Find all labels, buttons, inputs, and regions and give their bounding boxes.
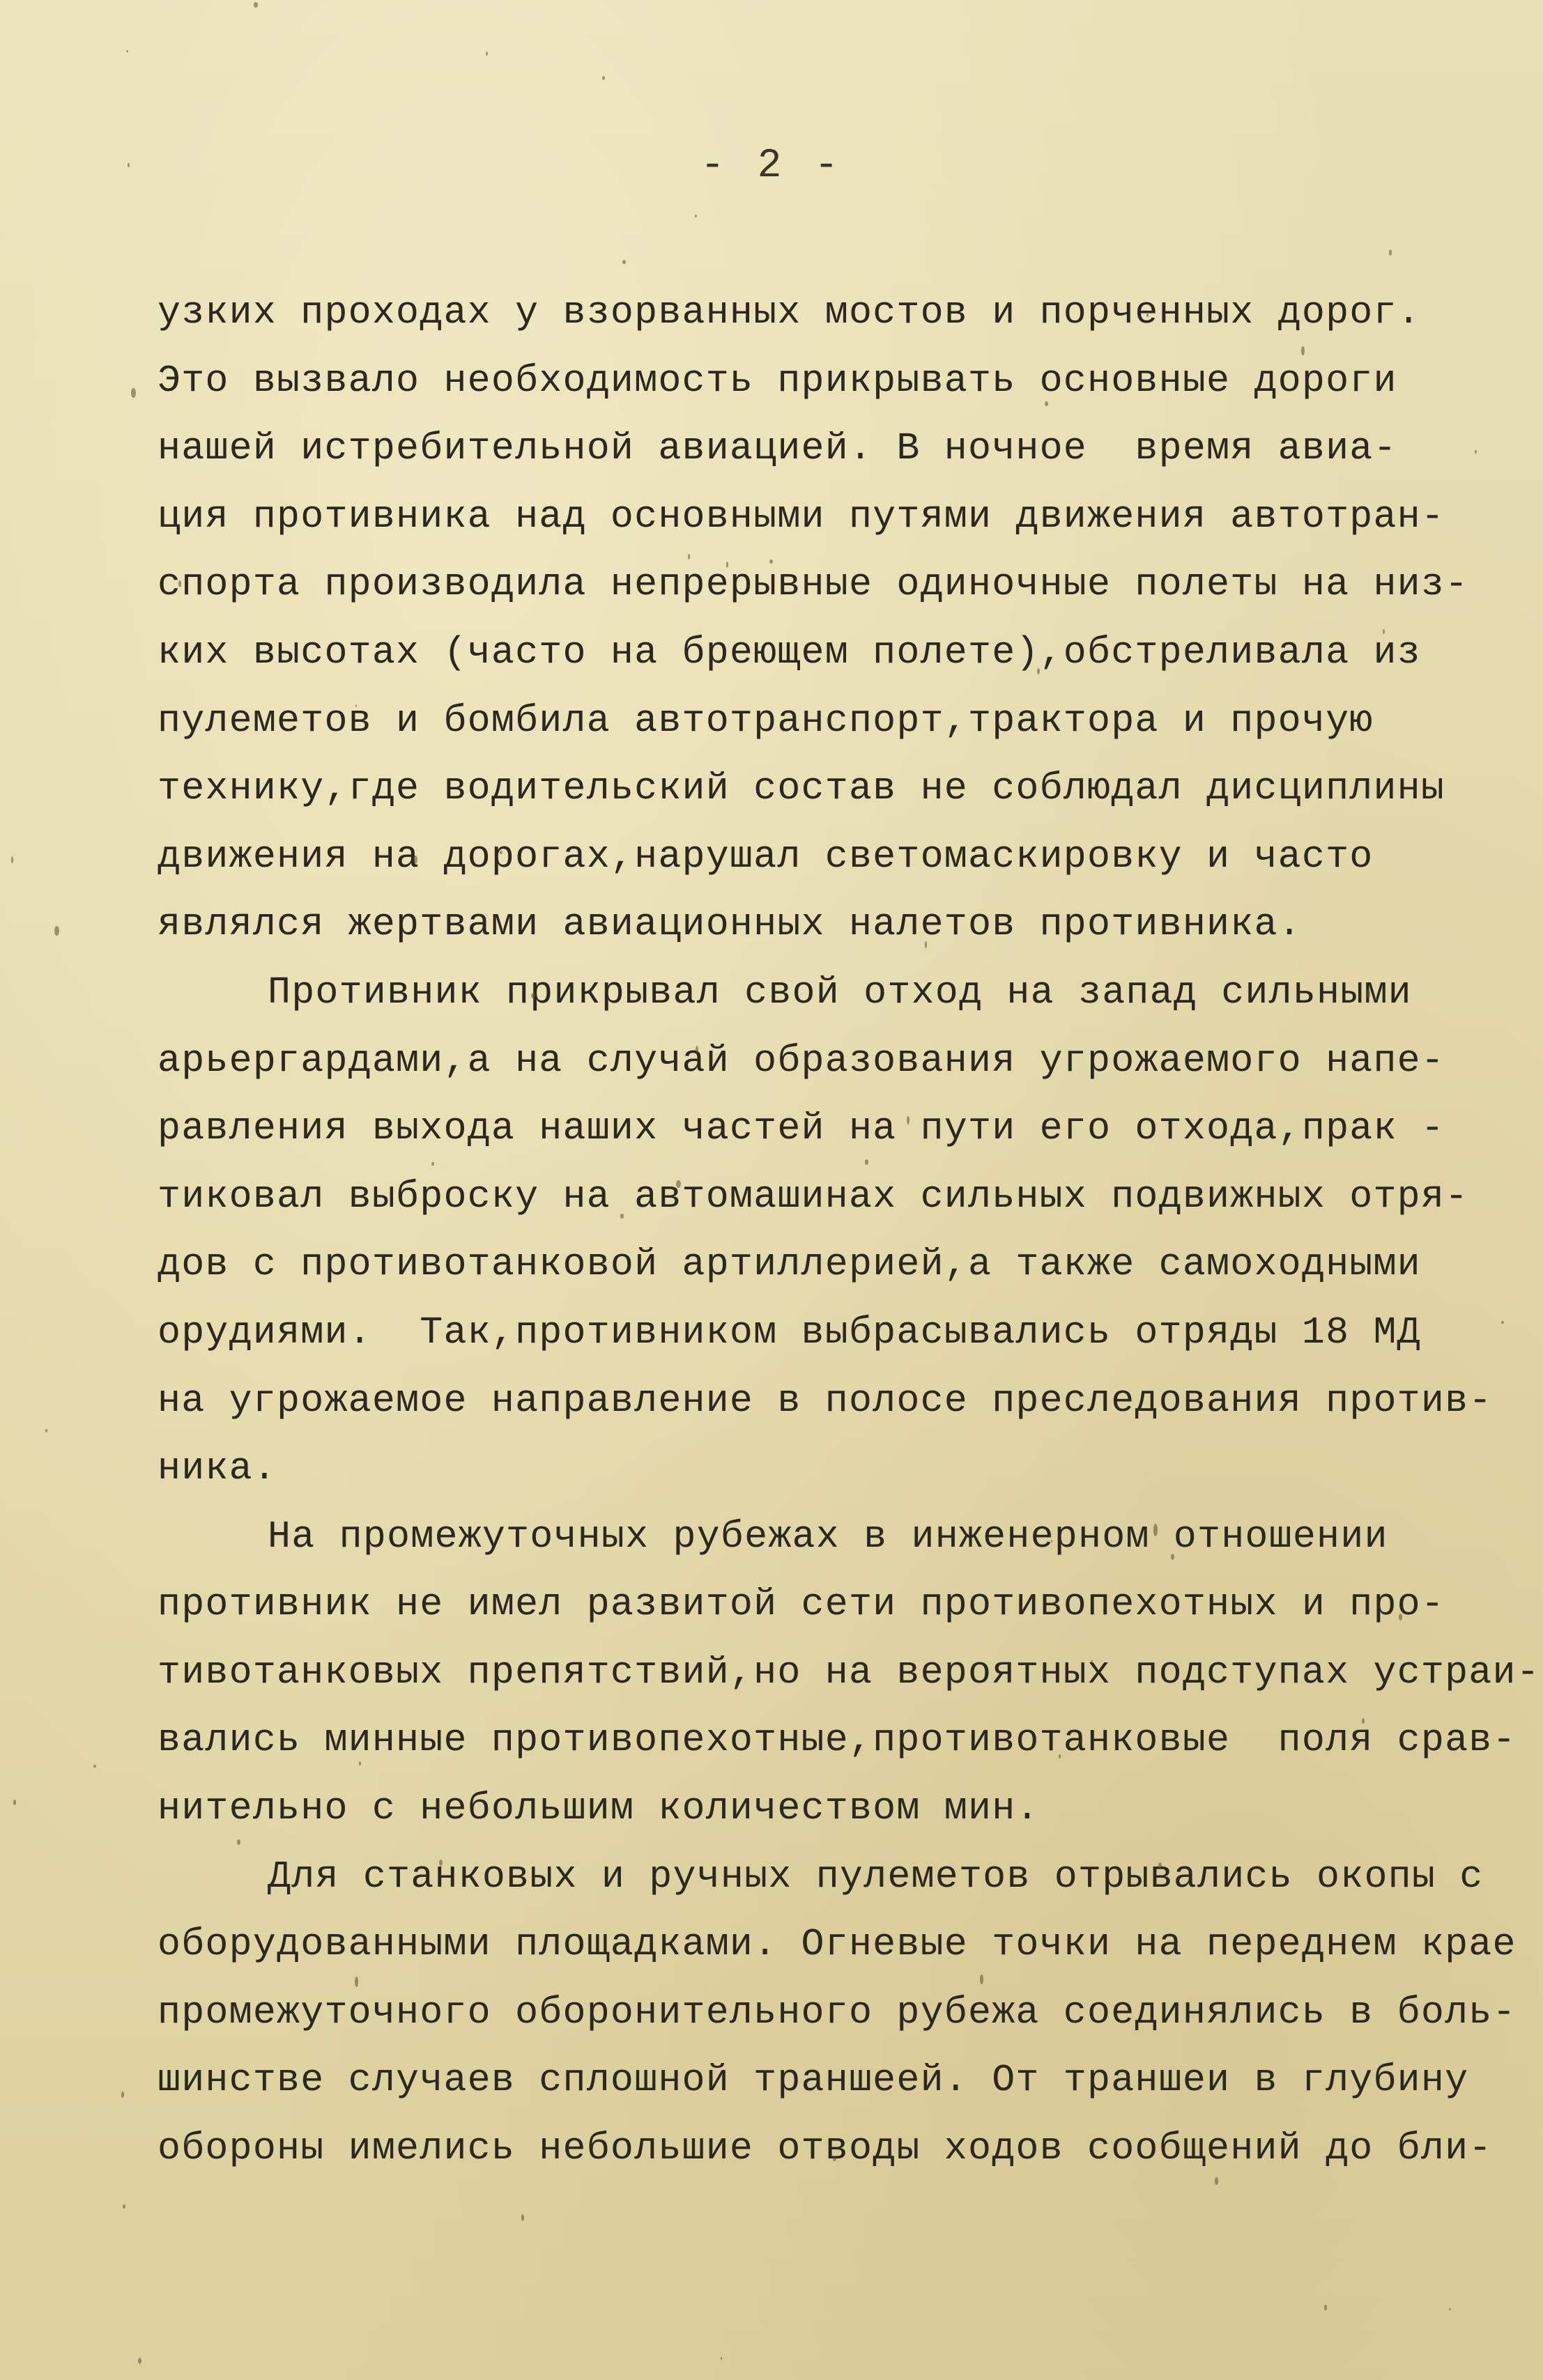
speck: [1091, 1660, 1092, 1662]
speck: [178, 580, 181, 587]
paragraph-first-line: Для станковых и ручных пулеметов отрывал…: [158, 1843, 1523, 1911]
speck: [1051, 1540, 1052, 1543]
speck: [865, 1159, 868, 1164]
text-line: движения на дорогах,нарушал светомаскиро…: [158, 823, 1523, 891]
text-line: тиковал выброску на автомашинах сильных …: [158, 1163, 1523, 1231]
speck: [925, 941, 928, 948]
speck: [355, 1977, 358, 1987]
speck: [126, 50, 128, 52]
speck: [622, 260, 626, 264]
speck: [128, 163, 129, 168]
speck: [696, 1046, 698, 1053]
speck: [138, 2358, 141, 2364]
text-line: узких проходах у взорванных мостов и пор…: [158, 279, 1523, 347]
text-line: спорта производила непрерывные одиночные…: [158, 550, 1523, 619]
text-line: промежуточного оборонительного рубежа со…: [158, 1979, 1523, 2047]
speck: [131, 388, 135, 398]
speck: [688, 554, 690, 559]
speck: [1301, 346, 1305, 355]
speck: [676, 1180, 681, 1188]
speck: [1324, 2305, 1326, 2310]
speck: [1045, 401, 1048, 406]
speck: [1059, 1754, 1061, 1758]
text-line: орудиями. Так,противником выбрасывались …: [158, 1299, 1523, 1367]
text-line: обороны имелись небольшие отводы ходов с…: [158, 2115, 1523, 2183]
text-line: ция противника над основными путями движ…: [158, 483, 1523, 551]
paragraph-first-line: Противник прикрывал свой отход на запад …: [158, 959, 1523, 1027]
speck: [439, 1860, 443, 1866]
text-line: дов с противотанковой артиллерией,а такж…: [158, 1230, 1523, 1299]
speck: [93, 1765, 96, 1768]
text-line: нительно с небольшим количеством мин.: [158, 1775, 1523, 1843]
text-line: являлся жертвами авиационных налетов про…: [158, 890, 1523, 959]
speck: [237, 1839, 240, 1845]
speck: [907, 1116, 909, 1125]
text-line: шинстве случаев сплошной траншеей. От тр…: [158, 2046, 1523, 2115]
text-line: равления выхода наших частей на пути его…: [158, 1095, 1523, 1163]
text-line: противник не имел развитой сети противоп…: [158, 1570, 1523, 1639]
speck: [1215, 2177, 1218, 2185]
typed-body-text: узких проходах у взорванных мостов и пор…: [158, 279, 1523, 2183]
speck: [833, 2156, 836, 2161]
text-line: оборудованными площадками. Огневые точки…: [158, 1910, 1523, 1979]
text-line: вались минные противопехотные,противотан…: [158, 1706, 1523, 1775]
speck: [54, 926, 59, 936]
text-line: ких высотах (часто на бреющем полете),об…: [158, 619, 1523, 687]
speck: [11, 856, 13, 863]
text-line: Это вызвало необходимость прикрывать осн…: [158, 347, 1523, 415]
speck: [413, 856, 417, 865]
speck: [602, 76, 605, 80]
speck: [695, 215, 697, 217]
paragraph-first-line: На промежуточных рубежах в инженерном от…: [158, 1503, 1523, 1571]
text-line: тивотанковых препятствий,но на вероятных…: [158, 1639, 1523, 1707]
speck: [620, 1214, 623, 1219]
speck: [980, 1975, 983, 1984]
speck: [121, 2092, 124, 2097]
text-line: нашей истребительной авиацией. В ночное …: [158, 415, 1523, 483]
speck: [1037, 668, 1040, 674]
speck: [1367, 989, 1369, 998]
text-line: арьергардами,а на случай образования угр…: [158, 1027, 1523, 1095]
page-number: - 2 -: [0, 144, 1543, 189]
speck: [1475, 450, 1477, 454]
speck: [1383, 629, 1385, 634]
text-line: технику,где водительский состав не соблю…: [158, 755, 1523, 823]
text-line: пулеметов и бомбила автотранспорт,тракто…: [158, 687, 1523, 755]
text-line: на угрожаемое направление в полосе пресл…: [158, 1367, 1523, 1435]
text-line: ника.: [158, 1435, 1523, 1503]
